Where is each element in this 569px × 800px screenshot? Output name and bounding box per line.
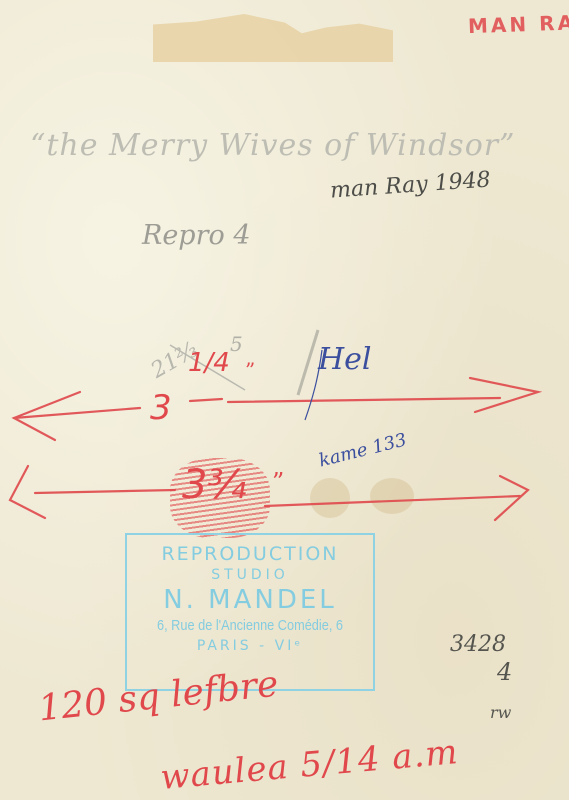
dimension-width-whole: 3 <box>150 388 172 428</box>
pencil-initials: rw <box>490 703 511 722</box>
pencil-reference-number: 4 <box>497 658 512 686</box>
stamp-city: PARIS - VIᵉ <box>127 638 373 654</box>
stamp-address: 6, Rue de l'Ancienne Comédie, 6 <box>145 617 354 634</box>
stamp-line: REPRODUCTION <box>127 543 373 565</box>
dimension-height: 3¾ <box>182 462 246 508</box>
dimension-width-fraction: 1/4 <box>188 348 230 378</box>
inch-mark: ” <box>272 468 284 496</box>
pencil-reference-number: 3428 <box>450 632 506 657</box>
inch-mark: ” <box>245 358 255 382</box>
stamp-studio-name: N. MANDEL <box>127 585 373 615</box>
stamp-line: STUDIO <box>127 567 373 583</box>
